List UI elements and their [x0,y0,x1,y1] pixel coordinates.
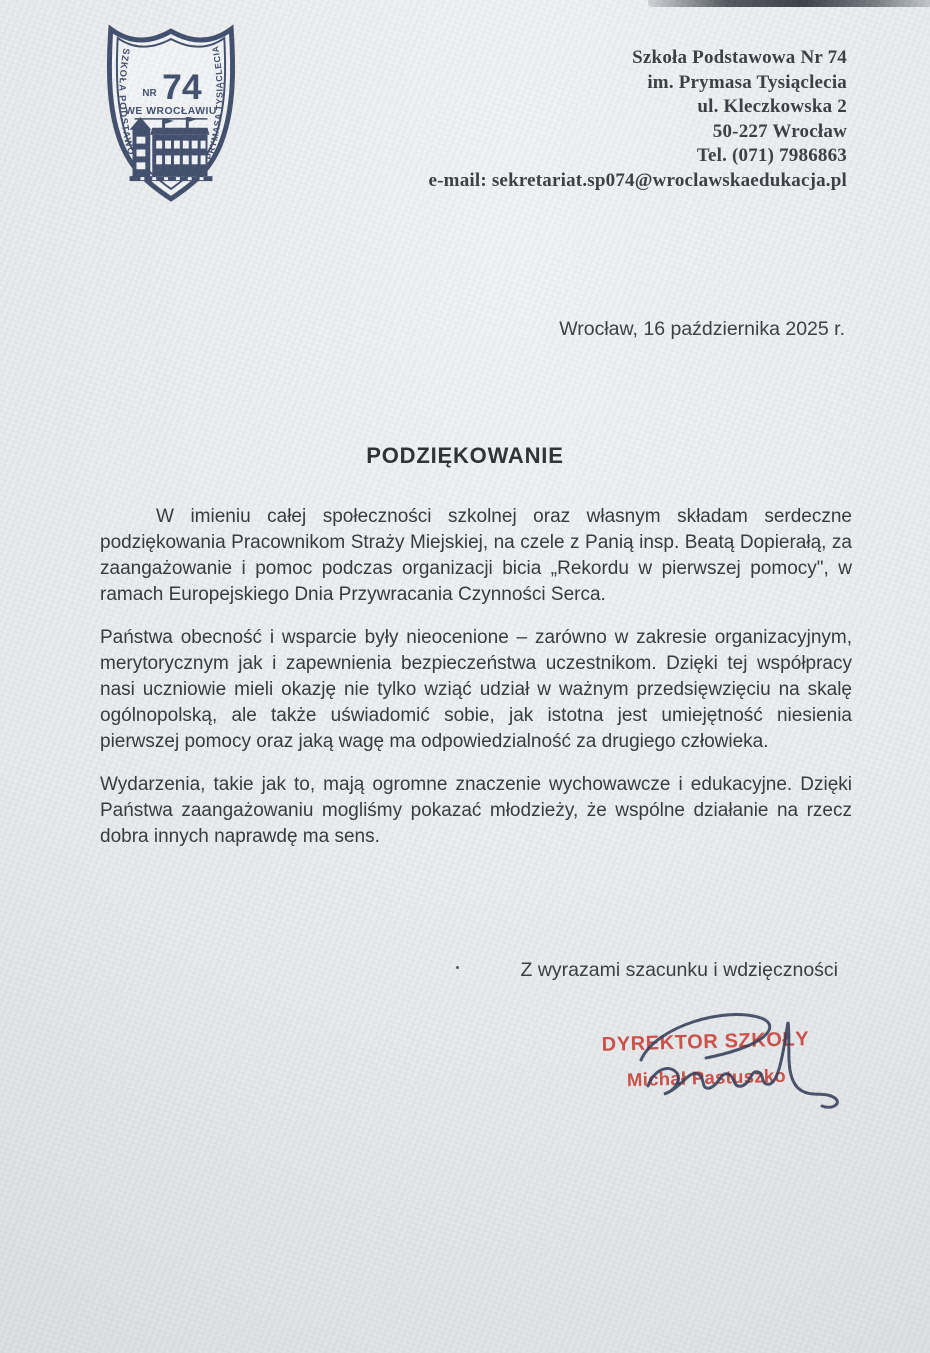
ink-speck [456,966,459,969]
photo-edge-artifact [648,0,930,7]
address-line: 50-227 Wrocław [429,120,847,145]
paragraph-1: W imieniu całej społeczności szkolnej or… [100,504,852,608]
logo-city-text: WE WROCŁAWIU [125,106,217,117]
address-line: Tel. (071) 7986863 [429,144,847,169]
logo-nr-label: NR [142,88,156,99]
letter-title: PODZIĘKOWANIE [0,443,930,469]
paragraph-2: Państwa obecność i wsparcie były nieocen… [100,625,852,755]
address-line: Szkoła Podstawowa Nr 74 [429,46,847,71]
address-line-email: e-mail: sekretariat.sp074@wroclawskaeduk… [429,169,847,194]
paragraph-3: Wydarzenia, takie jak to, mają ogromne z… [100,772,852,850]
logo-number: 74 [162,67,202,107]
school-shield-logo: SZKOŁA PODSTAWOWA PRYMASA TYSIĄCLECIA NR… [97,12,245,214]
sender-address-block: Szkoła Podstawowa Nr 74 im. Prymasa Tysi… [429,46,847,193]
date-line: Wrocław, 16 października 2025 r. [0,318,845,341]
scanned-letter-page: SZKOŁA PODSTAWOWA PRYMASA TYSIĄCLECIA NR… [0,0,930,1353]
address-line: ul. Kleczkowska 2 [429,95,847,120]
address-line: im. Prymasa Tysiąclecia [429,71,847,96]
letter-body: W imieniu całej społeczności szkolnej or… [100,504,852,867]
closing-line: Z wyrazami szacunku i wdzięczności [0,959,838,982]
handwritten-signature [586,1002,856,1117]
